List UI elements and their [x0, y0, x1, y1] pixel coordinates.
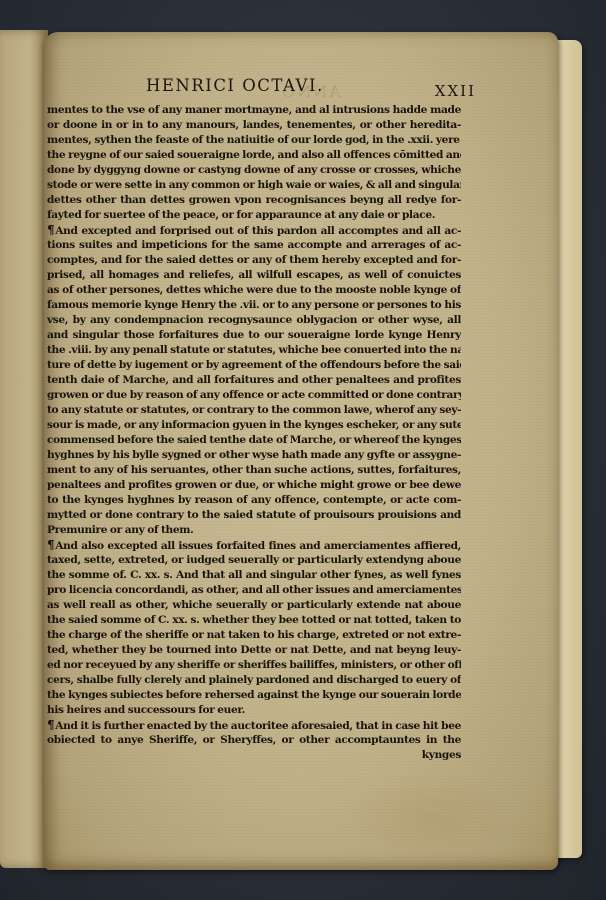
text-line-with-pilcrow: ¶And it is further enacted by the auctor…: [47, 718, 461, 733]
text-line: or doone in or in to any manours, landes…: [47, 118, 461, 133]
text-line: commensed before the saied tenthe date o…: [47, 433, 461, 448]
text-line: sour is made, or any informacion gyuen i…: [47, 418, 461, 433]
paragraph-2: ¶And excepted and forprised out of this …: [47, 223, 461, 538]
body-text: mentes to the vse of any maner mortmayne…: [47, 103, 461, 763]
text-line: to any statute or statutes, or contrary …: [47, 403, 461, 418]
text-line-with-pilcrow: ¶And also excepted all issues forfaited …: [47, 538, 461, 553]
text-line: ed nor receyued by any sheriffe or sheri…: [47, 658, 461, 673]
text-line: as well reall as other, whiche seuerally…: [47, 598, 461, 613]
text-line: ment to any of his seruantes, other than…: [47, 463, 461, 478]
text-line: the .viii. by any penall statute or stat…: [47, 343, 461, 358]
text-line: vse, by any condempnacion recognysaunce …: [47, 313, 461, 328]
text-line-content: And excepted and forprised out of this p…: [55, 225, 461, 237]
text-line: mentes to the vse of any maner mortmayne…: [47, 103, 461, 118]
text-line: pro licencia concordandi, as other, and …: [47, 583, 461, 598]
text-line: the somme of. C. xx. s. And that all and…: [47, 568, 461, 583]
catchword: kynges: [47, 748, 461, 763]
text-line: tions suites and impeticions for the sam…: [47, 238, 461, 253]
text-line: the reygne of our saied soueraigne lorde…: [47, 148, 461, 163]
text-line: tenth daie of Marche, and all forfaiture…: [47, 373, 461, 388]
running-head-title: HENRICI OCTAVI.: [146, 76, 324, 95]
paragraph-4: ¶And it is further enacted by the auctor…: [47, 718, 461, 748]
text-line: cers, shalbe fully clerely and plainely …: [47, 673, 461, 688]
text-line: his heires and successours for euer.: [47, 703, 461, 718]
text-line: and singular those forfaitures due to ou…: [47, 328, 461, 343]
pilcrow-icon: ¶: [47, 538, 54, 552]
text-line: the kynges subiectes before rehersed aga…: [47, 688, 461, 703]
text-line: hyghnes by his bylle sygned or other wys…: [47, 448, 461, 463]
text-line: ture of dette by iugement or by agreemen…: [47, 358, 461, 373]
text-line: ted, whether they be tourned into Dette …: [47, 643, 461, 658]
text-line: Premunire or any of them.: [47, 523, 461, 538]
text-line: taxed, sette, extreted, or iudged seuera…: [47, 553, 461, 568]
text-line-content: And also excepted all issues forfaited f…: [55, 540, 461, 552]
text-line: the saied somme of C. xx. s. whether the…: [47, 613, 461, 628]
text-line: comptes, and for the saied dettes or any…: [47, 253, 461, 268]
text-line: done by dyggyng downe or castyng downe o…: [47, 163, 461, 178]
facing-page-edge: [0, 30, 48, 868]
text-line: fayted for suertee of the peace, or for …: [47, 208, 461, 223]
text-line-content: And it is further enacted by the auctori…: [55, 720, 461, 732]
text-line: mytted or done contrary to the saied sta…: [47, 508, 461, 523]
folio-number: XXII: [435, 82, 476, 100]
text-line: penaltees and profites growen or due, or…: [47, 478, 461, 493]
text-line: to the kynges hyghnes by reason of any o…: [47, 493, 461, 508]
text-line: the charge of the sheriffe or nat taken …: [47, 628, 461, 643]
text-line-with-pilcrow: ¶And excepted and forprised out of this …: [47, 223, 461, 238]
text-line: as of other persones, dettes whiche were…: [47, 283, 461, 298]
running-head: HENRICI OCTAVI. XXII: [146, 76, 476, 100]
water-stain: [344, 772, 514, 862]
text-line: growen or due by reason of any offence o…: [47, 388, 461, 403]
paragraph-1: mentes to the vse of any maner mortmayne…: [47, 103, 461, 223]
pilcrow-icon: ¶: [47, 718, 54, 732]
text-line: dettes other than dettes growen vpon rec…: [47, 193, 461, 208]
text-line: prised, all homages and reliefes, all wi…: [47, 268, 461, 283]
pilcrow-icon: ¶: [47, 223, 54, 237]
text-line: mentes, sythen the feaste of the natiuit…: [47, 133, 461, 148]
text-line: obiected to anye Sheriffe, or Sheryffes,…: [47, 733, 461, 748]
text-line: stode or were sette in any common or hig…: [47, 178, 461, 193]
text-line: famous memorie kynge Henry the .vii. or …: [47, 298, 461, 313]
paragraph-3: ¶And also excepted all issues forfaited …: [47, 538, 461, 718]
